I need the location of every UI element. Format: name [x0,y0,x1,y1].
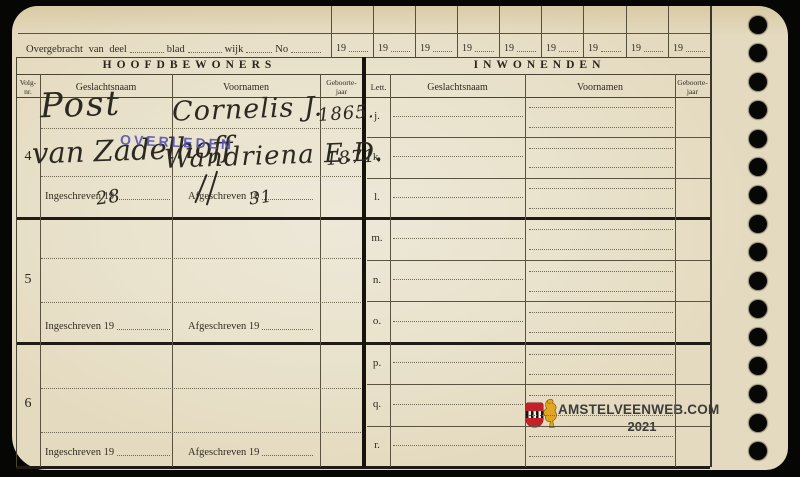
writing-line [41,258,361,259]
afgeschreven-row-dotted-blank [262,328,313,330]
table-line [390,74,391,467]
inwonenden-title: INWONENDEN [369,59,710,74]
year-prefix: 19 [420,43,430,54]
year-dotted-blank [686,50,705,52]
column-header-geboortejaar-right: Geboorte-jaar [675,78,710,96]
letter-cell: q. [367,398,387,410]
ingeschreven-row-dotted-blank [117,198,170,200]
writing-line [393,321,523,322]
letter-cell: r. [367,439,387,451]
year-cell: 19 [504,42,536,54]
year-cell: 19 [378,42,410,54]
letter-cell: n. [367,274,387,286]
column-header-lett: Lett. [367,82,390,92]
column-header-geboortejaar-left: Geboorte-jaar [320,78,363,96]
year-prefix: 19 [336,43,346,54]
punch-hole [749,186,767,204]
letter-cell: k. [367,151,387,163]
writing-line [529,395,673,396]
dotted-blank-no [291,51,321,53]
table-line [367,384,710,385]
table-line [367,178,710,179]
ingeschreven-row: Ingeschreven 19 [45,445,170,458]
table-line [675,74,676,467]
punch-hole [749,101,767,119]
year-cell: 19 [420,42,452,54]
dotted-blank-blad [188,51,222,53]
year-prefix: 19 [504,43,514,54]
table-line [668,6,669,57]
dotted-blank-wijk [246,51,272,53]
table-line [373,6,374,57]
writing-line [393,445,523,446]
dotted-blank-deel [130,51,164,53]
year-cell: 19 [462,42,494,54]
transfer-label-no: No [275,44,288,55]
year-prefix: 19 [378,43,388,54]
geslachtsnaam-handwritten: Post [39,87,121,124]
writing-line [529,127,673,128]
year-dotted-blank [349,50,368,52]
ingeschreven-row-label: Ingeschreven 19 [45,447,114,458]
table-line [525,74,526,467]
writing-line [529,229,673,230]
punch-hole [749,243,767,261]
transfer-row: Overgebracht van deel blad wijk No [26,40,324,55]
writing-line [41,388,361,389]
year-prefix: 19 [546,43,556,54]
register-card: Overgebracht van deel blad wijk No HOOFD… [12,6,788,470]
volgnr-cell: 6 [16,396,40,412]
writing-line [529,291,673,292]
year-prefix: 19 [588,43,598,54]
table-line [367,260,710,261]
year-dotted-blank [644,50,663,52]
year-dotted-blank [433,50,452,52]
punch-hole [749,385,767,403]
writing-line [529,271,673,272]
writing-line [529,374,673,375]
afgeschreven-row: Afgeschreven 19 [188,319,313,332]
ingeschreven-row-dotted-blank [117,454,170,456]
scan-background: Overgebracht van deel blad wijk No HOOFD… [0,0,800,477]
writing-line [529,415,673,416]
writing-line [529,148,673,149]
writing-line [41,302,361,303]
column-header-geslachtsnaam-right: Geslachtsnaam [390,82,525,94]
writing-line [529,249,673,250]
year-dotted-blank [475,50,494,52]
writing-line [393,238,523,239]
year-dotted-blank [517,50,536,52]
table-line [499,6,500,57]
punch-hole [749,73,767,91]
volgnr-cell: 5 [16,272,40,288]
writing-line [529,312,673,313]
table-line [583,6,584,57]
writing-line [529,436,673,437]
writing-line [529,456,673,457]
year-dotted-blank [559,50,578,52]
afgeschreven-row-label: Afgeschreven 19 [188,447,259,458]
writing-line [529,167,673,168]
afgeschreven-row-label: Afgeschreven 19 [188,321,259,332]
writing-line [529,107,673,108]
year-prefix: 19 [462,43,472,54]
writing-line [529,354,673,355]
writing-line [393,362,523,363]
letter-cell: j. [367,110,387,122]
writing-line [393,116,523,117]
year-dotted-blank [391,50,410,52]
writing-line [393,156,523,157]
column-header-voornamen-right: Voornamen [525,82,675,94]
writing-line [41,176,361,177]
year-dotted-blank [601,50,621,52]
writing-line [529,208,673,209]
punch-hole [749,130,767,148]
writing-line [393,279,523,280]
punch-hole [749,328,767,346]
ingeschreven-year-handwritten: 28 [95,187,122,208]
ingeschreven-row: Ingeschreven 19 [45,319,170,332]
transfer-label-deel: Overgebracht van deel [26,44,127,55]
column-header-volgnr: Volg-nr. [16,78,40,96]
table-line [367,301,710,302]
year-prefix: 19 [673,43,683,54]
table-line [331,6,332,57]
table-line [367,426,710,427]
writing-line [529,332,673,333]
year-cell: 19 [546,42,578,54]
punch-hole [749,215,767,233]
punch-hole [749,16,767,34]
table-line [457,6,458,57]
voornamen-handwritten: Cornelis J. [172,93,324,125]
afgeschreven-row-dotted-blank [262,454,313,456]
afgeschreven-row: Afgeschreven 19 [188,445,313,458]
watermark: AMSTELVEENWEB.COM 2021 [510,398,728,442]
punch-hole [749,442,767,460]
table-line [415,6,416,57]
writing-line [393,197,523,198]
ingeschreven-row-label: Ingeschreven 19 [45,321,114,332]
punch-hole [749,414,767,432]
table-line [710,6,712,467]
writing-line [393,404,523,405]
table-line [541,6,542,57]
punch-hole [749,300,767,318]
punch-hole [749,44,767,62]
table-line [18,33,710,34]
table-line [40,74,41,467]
ingeschreven-row-dotted-blank [117,328,170,330]
table-line [367,137,710,138]
transfer-label-blad: blad [167,44,185,55]
punch-hole [749,272,767,290]
year-cell: 19 [336,42,368,54]
afgeschreven-year-handwritten: 31 [248,188,274,208]
transfer-label-wijk: wijk [225,44,244,55]
hoofdbewoners-title: HOOFDBEWONERS [16,59,363,74]
table-line [320,74,321,467]
writing-line [529,188,673,189]
year-cell: 19 [588,42,621,54]
letter-cell: m. [367,232,387,244]
year-cell: 19 [673,42,705,54]
writing-line [41,128,361,129]
punch-hole [749,357,767,375]
letter-cell: p. [367,357,387,369]
year-prefix: 19 [631,43,641,54]
punch-hole [749,158,767,176]
writing-line [41,432,361,433]
year-cell: 19 [631,42,663,54]
letter-cell: o. [367,315,387,327]
table-line [626,6,627,57]
letter-cell: l. [367,191,387,203]
